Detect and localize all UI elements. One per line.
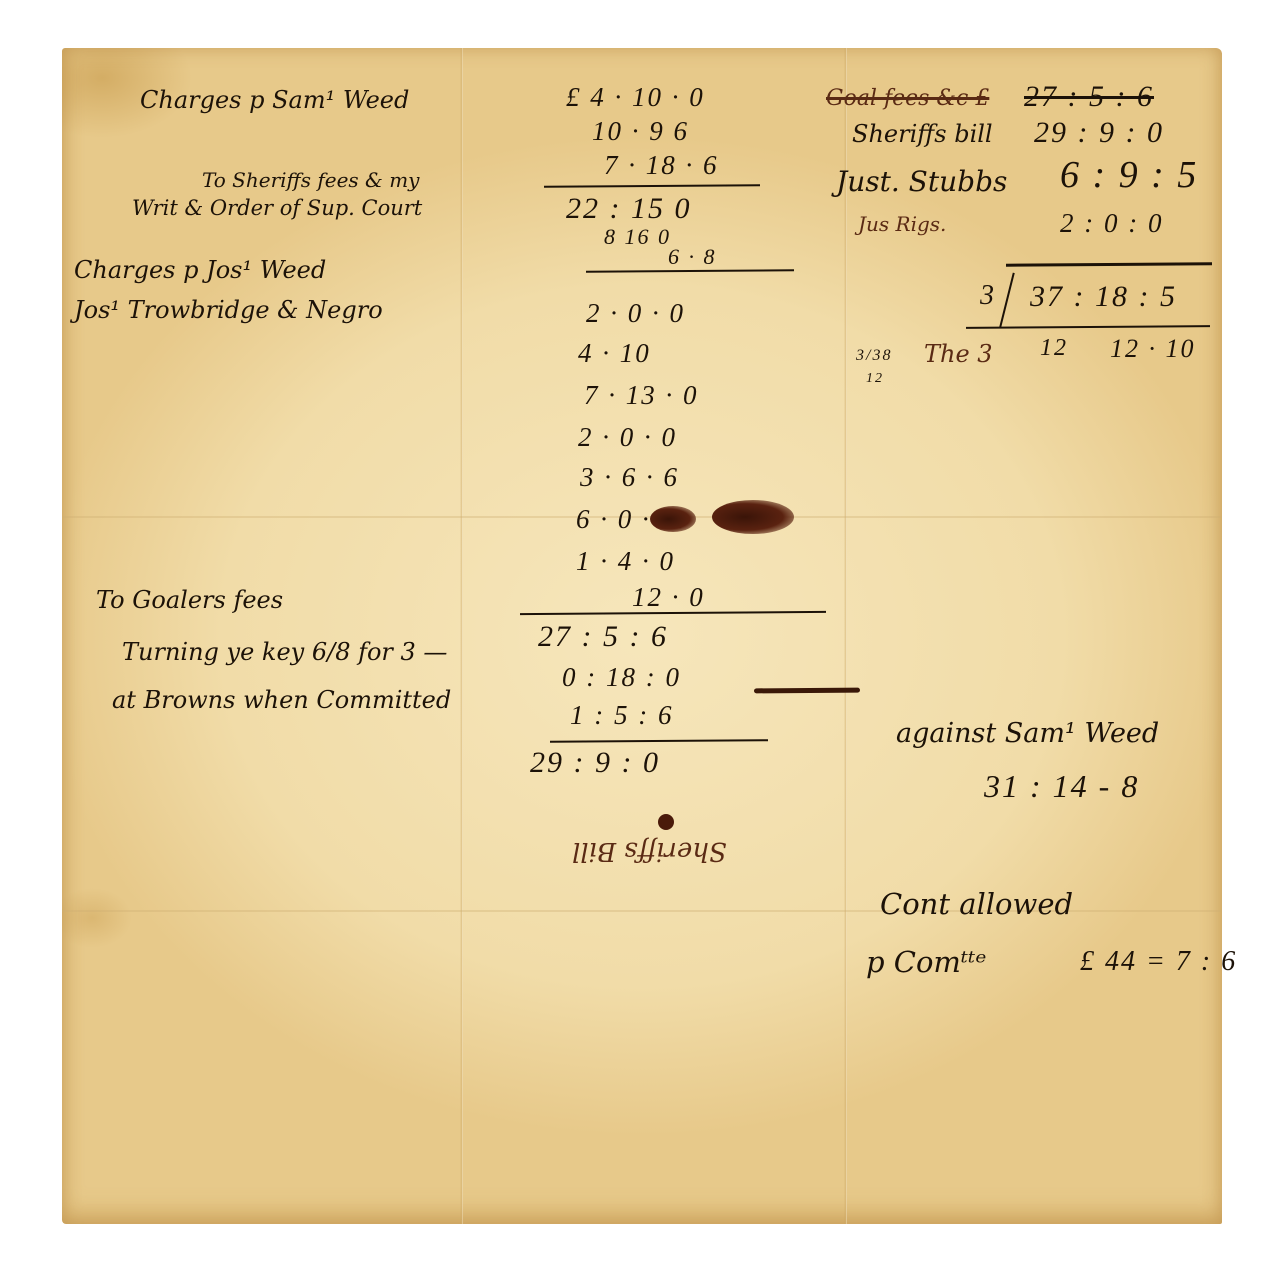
subtotal-1-extra-2: 6 · 8 [668, 246, 717, 268]
sum-amount: 37 : 18 : 5 [1030, 282, 1177, 312]
entry-8: 3 · 6 · 6 [580, 464, 679, 491]
flourish-stroke [754, 688, 860, 694]
ink-blot-small [650, 506, 696, 532]
sheriffs-bill-amount: 29 : 9 : 0 [1034, 118, 1164, 148]
allowed-amount: £ 44 = 7 : 6 [1080, 948, 1237, 976]
share-pounds: 12 [1040, 336, 1068, 360]
endorsement-sheriffs-bill: Sheriffs Bill [572, 838, 727, 864]
sheriffs-bill-label: Sheriffs bill [852, 122, 993, 146]
writ-line-top: To Sheriffs fees & my [202, 170, 419, 190]
subtotal-1-extra: 8 16 0 [604, 226, 671, 248]
browns-amount: 1 : 5 : 6 [570, 702, 673, 729]
goaler-fees-label: To Goalers fees [96, 588, 283, 612]
goaler-amount: 0 : 18 : 0 [562, 664, 681, 691]
at-browns-label: at Browns when Committed [112, 688, 451, 712]
ink-blot-large [712, 500, 794, 534]
just-stubbs-label: Just. Stubbs [836, 168, 1007, 196]
turning-key-label: Turning ye key 6/8 for 3 — [122, 640, 447, 664]
entry-3: 7 · 18 · 6 [604, 152, 719, 179]
entry-1: £ 4 · 10 · 0 [566, 84, 705, 111]
entry-7: 2 · 0 · 0 [578, 424, 677, 451]
against-amount: 31 : 14 - 8 [984, 770, 1139, 802]
entry-11: 12 · 0 [632, 584, 705, 611]
jus-rigs-label: Jus Rigs. [858, 214, 946, 234]
heading-charges-sam-weed: Charges p Sam¹ Weed [140, 88, 409, 112]
vertical-fold-left [460, 48, 463, 1224]
ink-dot [658, 814, 674, 830]
share-rest: 12 · 10 [1110, 336, 1196, 362]
entry-4: 2 · 0 · 0 [586, 300, 685, 327]
heading-trowbridge-negro: Jos¹ Trowbridge & Negro [74, 298, 383, 322]
side-calc-bottom: 12 [866, 372, 884, 386]
cont-allowed-label: Cont allowed [880, 890, 1073, 919]
goal-fees-label: Goal fees &c £ [826, 88, 989, 110]
subtotal-1: 22 : 15 0 [566, 194, 692, 224]
divisor: 3 [980, 282, 996, 310]
heading-charges-jos-weed: Charges p Jos¹ Weed [74, 258, 326, 282]
just-stubbs-amount: 6 : 9 : 5 [1060, 156, 1198, 194]
entry-2: 10 · 9 6 [592, 118, 689, 145]
grand-total: 29 : 9 : 0 [530, 748, 660, 778]
per-committee-label: p Comᵗᵗᵉ [866, 948, 986, 977]
subtotal-2: 27 : 5 : 6 [538, 622, 668, 652]
share-label: The 3 [924, 342, 993, 366]
entry-10: 1 · 4 · 0 [576, 548, 675, 575]
entry-6: 7 · 13 · 0 [584, 382, 699, 409]
jus-rigs-amount: 2 : 0 : 0 [1060, 210, 1163, 237]
against-sam-weed-label: against Sam¹ Weed [896, 720, 1159, 747]
vertical-fold-right [844, 48, 847, 1224]
goal-fees-amount: 27 : 5 : 6 [1024, 82, 1154, 112]
writ-line-bottom: Writ & Order of Sup. Court [132, 198, 422, 219]
side-calc-top: 3/38 [856, 348, 892, 364]
entry-5: 4 · 10 [578, 340, 651, 367]
